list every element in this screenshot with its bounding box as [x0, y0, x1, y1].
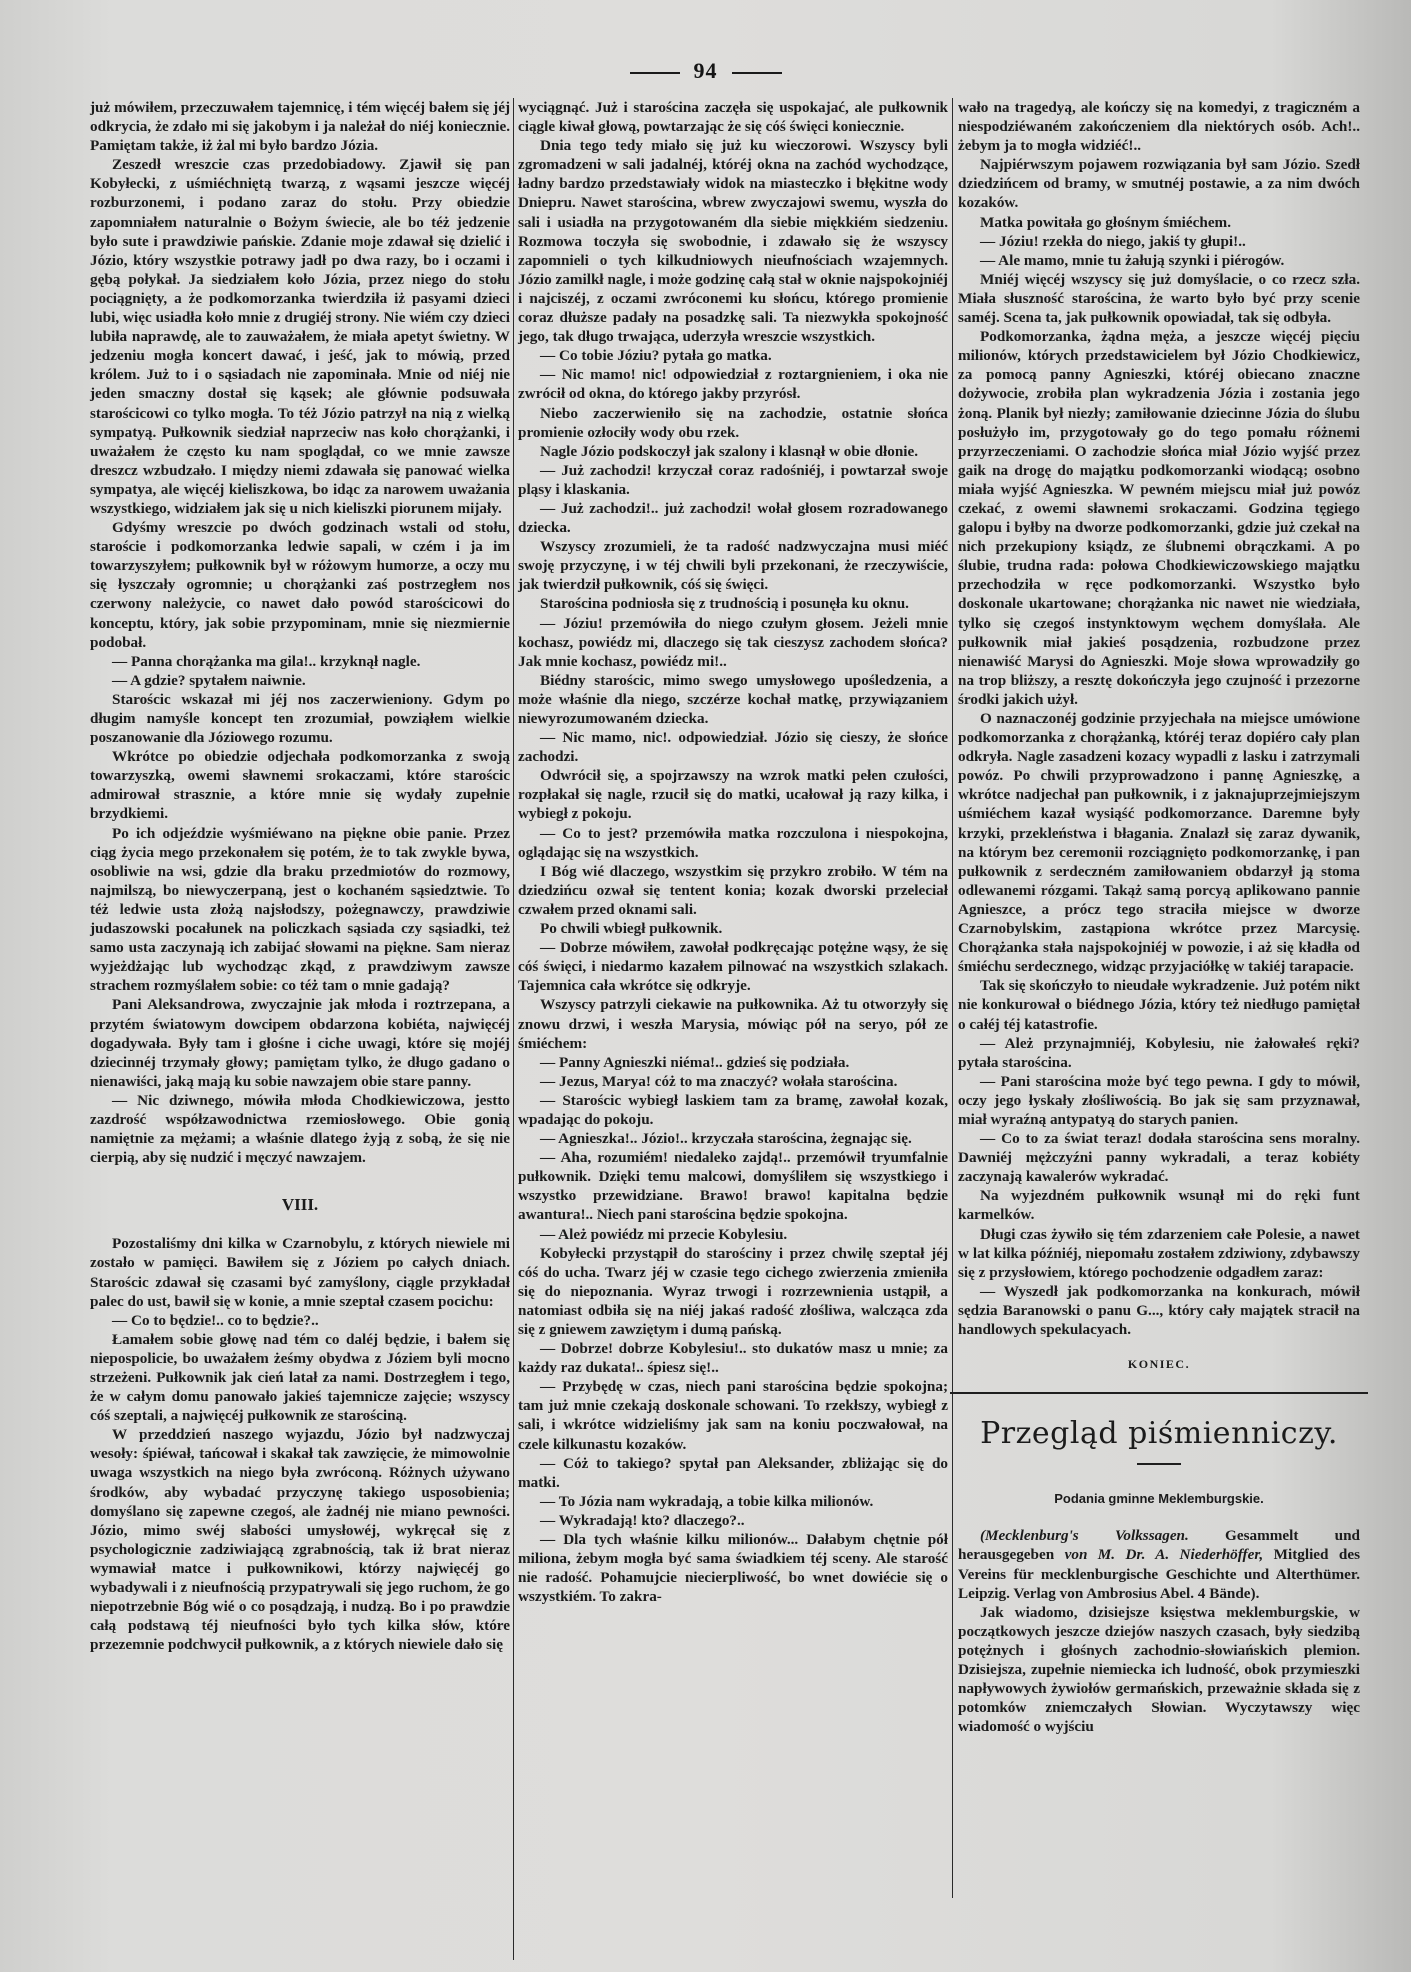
dialogue-line: — Ale mamo, mnie tu żałują szynki i piér… [958, 251, 1360, 270]
review-body: Jak wiadomo, dzisiejsze księstwa meklemb… [958, 1603, 1360, 1737]
review-subtitle: Podania gminne Meklemburgskie. [958, 1489, 1360, 1508]
paragraph: Podkomorzanka, żądna męża, a jeszcze wię… [958, 327, 1360, 709]
section-separator [950, 1392, 1368, 1394]
dialogue-line: — Co to za świat teraz! dodała starościn… [958, 1129, 1360, 1186]
dialogue-line: — Już zachodzi!.. już zachodzi! wołał gł… [518, 499, 948, 537]
paragraph: Nagle Józio podskoczył jak szalony i kla… [518, 442, 948, 461]
dialogue-line: — Już zachodzi! krzyczał coraz radośniéj… [518, 461, 948, 499]
paragraph: Kobyłecki przystąpił do starościny i prz… [518, 1244, 948, 1339]
paragraph: Gdyśmy wreszcie po dwóch godzinach wstal… [90, 518, 510, 652]
page-number: 94 [0, 58, 1411, 84]
citation-editor: von M. Dr. A. Niederhöffer, [1065, 1546, 1264, 1563]
dialogue-line: — Agnieszka!.. Józio!.. krzyczała staroś… [518, 1129, 948, 1148]
paragraph: wało na tragedyą, ale kończy się na kome… [958, 98, 1360, 155]
dialogue-line: — Co tobie Józiu? pytała go matka. [518, 346, 948, 365]
paragraph: Wkrótce po obiedzie odjechała podkomorza… [90, 747, 510, 823]
column-middle: wyciągnąć. Już i starościna zaczęła się … [518, 98, 948, 1606]
dialogue-line: — Dobrze! dobrze Kobylesiu!.. sto dukató… [518, 1339, 948, 1377]
paragraph: Po chwili wbiegł pułkownik. [518, 919, 948, 938]
paragraph: Odwrócił się, a spojrzawszy na wzrok mat… [518, 766, 948, 823]
paragraph: Na wyjezdném pułkownik wsunął mi do ręki… [958, 1186, 1360, 1224]
paragraph: Najpiérwszym pojawem rozwiązania był sam… [958, 155, 1360, 212]
dialogue-line: — Józiu! przemówiła do niego czułym głos… [518, 614, 948, 671]
page-number-dash-right [732, 72, 782, 74]
dialogue-line: — A gdzie? spytałem naiwnie. [90, 671, 510, 690]
dialogue-line: — Co to jest? przemówiła matka rozczulon… [518, 824, 948, 862]
paragraph: Dnia tego tedy miało się już ku wieczoro… [518, 136, 948, 346]
paragraph: Wszyscy zrozumieli, że ta radość nadzwyc… [518, 537, 948, 594]
paragraph: Mniéj więcéj wszyscy się już domyślacie,… [958, 270, 1360, 327]
paragraph: Matka powitała go głośnym śmiéchem. [958, 213, 1360, 232]
paragraph: O naznaczonéj godzinie przyjechała na mi… [958, 709, 1360, 976]
story-end-marker: KONIEC. [958, 1355, 1360, 1374]
paragraph: W przeddzień naszego wyjazdu, Józio był … [90, 1425, 510, 1654]
paragraph: Starościna podniosła się z trudnością i … [518, 594, 948, 613]
dialogue-line: — Ależ przynajmniéj, Kobylesiu, nie żało… [958, 1034, 1360, 1072]
dialogue-line: — Nic mamo, nic!. odpowiedział. Józio si… [518, 728, 948, 766]
page-number-text: 94 [694, 58, 718, 83]
dialogue-line: — Dobrze mówiłem, zawołał podkręcając po… [518, 938, 948, 995]
dialogue-line: — Józiu! rzekła do niego, jakiś ty głupi… [958, 232, 1360, 251]
dialogue-line: — Wyszedł jak podkomorzanka na konkurach… [958, 1282, 1360, 1339]
review-citation: (Mecklenburg's Volkssagen. Gesammelt und… [958, 1526, 1360, 1602]
title-underline [1137, 1463, 1181, 1465]
chapter-heading: VIII. [90, 1195, 510, 1214]
column-divider [513, 98, 514, 1960]
paragraph: Pozostaliśmy dni kilka w Czarnobylu, z k… [90, 1234, 510, 1310]
page-number-dash-left [630, 72, 680, 74]
dialogue-line: — Panny Agnieszki niéma!.. gdzieś się po… [518, 1053, 948, 1072]
dialogue-line: — Cóż to takiego? spytał pan Aleksander,… [518, 1454, 948, 1492]
paragraph: Starościc wskazał mi jéj nos zaczerwieni… [90, 690, 510, 747]
paragraph: Wszyscy patrzyli ciekawie na pułkownika.… [518, 995, 948, 1052]
dialogue-line: — Nic mamo! nic! odpowiedział z roztargn… [518, 365, 948, 403]
paragraph: wyciągnąć. Już i starościna zaczęła się … [518, 98, 948, 136]
paragraph: I Bóg wié dlaczego, wszystkim się przykr… [518, 862, 948, 919]
column-left: już mówiłem, przeczuwałem tajemnicę, i t… [90, 98, 510, 1654]
story-paragraphs: wało na tragedyą, ale kończy się na kome… [958, 98, 1360, 1339]
dialogue-line: — Dla tych właśnie kilku milionów... Dał… [518, 1530, 948, 1606]
column-right: wało na tragedyą, ale kończy się na kome… [958, 98, 1360, 1736]
paragraph: Łamałem sobie głowę nad tém co daléj będ… [90, 1330, 510, 1425]
dialogue-line: — Panna chorążanka ma gila!.. krzyknął n… [90, 652, 510, 671]
dialogue-line: — Nic dziwnego, mówiła młoda Chodkiewicz… [90, 1091, 510, 1167]
dialogue-line: — Ależ powiédz mi przecie Kobylesiu. [518, 1225, 948, 1244]
paragraph: Tak się skończyło to nieudałe wykradzeni… [958, 976, 1360, 1033]
review-section-title: Przegląd piśmienniczy. [958, 1424, 1360, 1443]
paragraph: Pani Aleksandrowa, zwyczajnie jak młoda … [90, 995, 510, 1090]
paragraph: Po ich odjeździe wyśmiéwano na piękne ob… [90, 824, 510, 996]
paragraph: Niebo zaczerwieniło się na zachodzie, os… [518, 404, 948, 442]
dialogue-line: — Co to będzie!.. co to będzie?.. [90, 1311, 510, 1330]
dialogue-line: — Pani starościna może być tego pewna. I… [958, 1072, 1360, 1129]
paragraph: Zeszedł wreszcie czas przedobiadowy. Zja… [90, 155, 510, 518]
citation-title: (Mecklenburg's Volkssagen. [980, 1527, 1189, 1544]
dialogue-line: — Wykradają! kto? dlaczego?.. [518, 1511, 948, 1530]
dialogue-line: — Starościc wybiegł laskiem tam za bramę… [518, 1091, 948, 1129]
paragraph: Długi czas żywiło się tém zdarzeniem cał… [958, 1225, 1360, 1282]
paragraph: już mówiłem, przeczuwałem tajemnicę, i t… [90, 98, 510, 155]
newspaper-page: 94 już mówiłem, przeczuwałem tajemnicę, … [0, 0, 1411, 1972]
paragraph: Biédny starościc, mimo swego umysłowego … [518, 671, 948, 728]
dialogue-line: — Aha, rozumiém! niedaleko zajdą!.. prze… [518, 1148, 948, 1224]
dialogue-line: — Jezus, Marya! cóż to ma znaczyć? wołał… [518, 1072, 948, 1091]
dialogue-line: — Przybędę w czas, niech pani starościna… [518, 1377, 948, 1453]
column-divider [952, 98, 953, 1898]
dialogue-line: — To Józia nam wykradają, a tobie kilka … [518, 1492, 948, 1511]
